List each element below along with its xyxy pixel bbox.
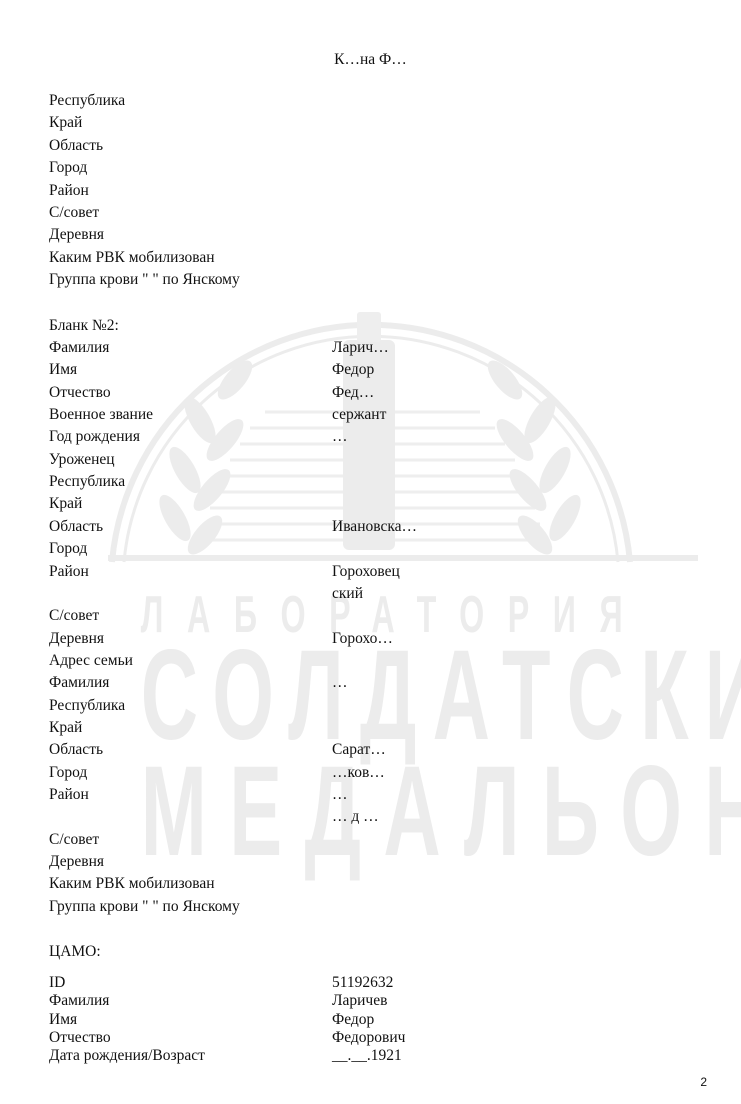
- field-label: Группа крови " " по Янскому: [49, 270, 240, 290]
- field-value: Сарат…: [332, 740, 386, 760]
- field-value: 51192632: [332, 973, 393, 993]
- field-value: …: [332, 427, 348, 447]
- field-value: Горохо…: [332, 629, 393, 649]
- field-label: Город: [49, 763, 87, 783]
- field-label: Город: [49, 158, 87, 178]
- field-value: Ивановска…: [332, 517, 417, 537]
- field-label: Военное звание: [49, 405, 153, 425]
- field-value: Федорович: [332, 1028, 405, 1048]
- medallion-emblem-icon: [0, 0, 741, 1104]
- field-label: Год рождения: [49, 427, 140, 447]
- field-value: Федор: [332, 360, 374, 380]
- field-label: ID: [49, 973, 65, 993]
- field-value: Фед…: [332, 383, 374, 403]
- field-label: С/совет: [49, 830, 99, 850]
- field-label: Республика: [49, 696, 125, 716]
- field-label: Деревня: [49, 852, 104, 872]
- field-label: Край: [49, 113, 82, 133]
- field-label: Имя: [49, 360, 77, 380]
- field-value: Гороховец: [332, 562, 400, 582]
- document-title: К…на Ф…: [0, 51, 741, 69]
- field-label: С/совет: [49, 203, 99, 223]
- field-label: Район: [49, 785, 89, 805]
- field-label: Каким РВК мобилизован: [49, 248, 215, 268]
- page-number: 2: [700, 1075, 707, 1089]
- field-value: сержант: [332, 405, 386, 425]
- field-label: С/совет: [49, 606, 99, 626]
- field-label: Область: [49, 136, 103, 156]
- field-label: Группа крови " " по Янскому: [49, 897, 240, 917]
- field-value: … д …: [332, 807, 379, 827]
- field-label: Фамилия: [49, 673, 109, 693]
- field-value: …: [332, 673, 348, 693]
- field-label: Имя: [49, 1010, 77, 1030]
- field-value: Ларичев: [332, 991, 387, 1011]
- field-label: Район: [49, 562, 89, 582]
- field-label: Край: [49, 494, 82, 514]
- field-label: Республика: [49, 91, 125, 111]
- field-value: Федор: [332, 1010, 374, 1030]
- field-value: Ларич…: [332, 338, 389, 358]
- field-value: __.__.1921: [332, 1046, 402, 1066]
- field-value: ский: [332, 584, 363, 604]
- field-label: Республика: [49, 472, 125, 492]
- field-label: Адрес семьи: [49, 651, 133, 671]
- field-label: Фамилия: [49, 991, 109, 1011]
- field-label: Деревня: [49, 629, 104, 649]
- field-label: Фамилия: [49, 338, 109, 358]
- field-value: …: [332, 785, 348, 805]
- field-label: Область: [49, 740, 103, 760]
- field-label: Область: [49, 517, 103, 537]
- field-label: Отчество: [49, 1028, 111, 1048]
- field-label: Каким РВК мобилизован: [49, 874, 215, 894]
- field-label: Район: [49, 181, 89, 201]
- field-label: Отчество: [49, 383, 111, 403]
- field-label: Дата рождения/Возраст: [49, 1046, 205, 1066]
- field-label: Город: [49, 539, 87, 559]
- watermark: ЛАБОРАТОРИЯ СОЛДАТСКИЙ МЕДАЛЬОН: [0, 0, 741, 1104]
- field-label: Край: [49, 718, 82, 738]
- field-label: Деревня: [49, 225, 104, 245]
- field-label: Уроженец: [49, 450, 115, 470]
- field-value: …ков…: [332, 763, 385, 783]
